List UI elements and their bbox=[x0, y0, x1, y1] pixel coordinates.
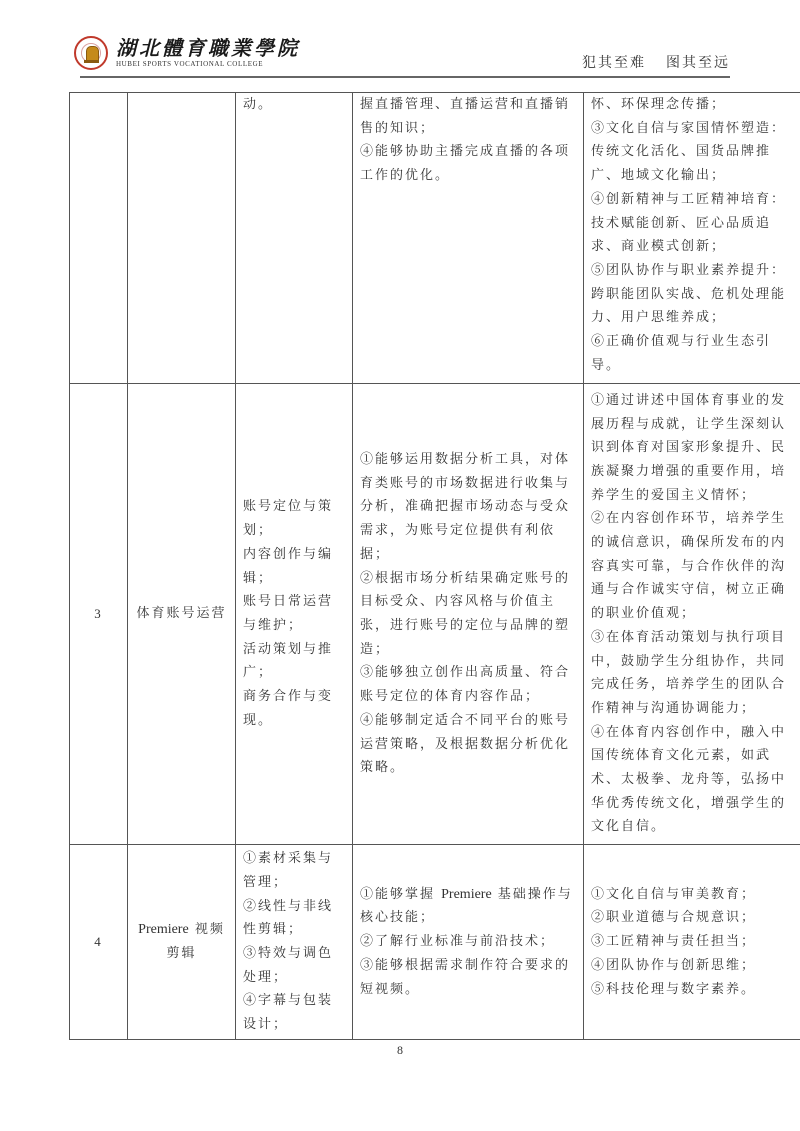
college-motto: 犯其至难图其至远 bbox=[582, 52, 730, 72]
cell-ideology-line: ⑥正确价值观与行业生态引导。 bbox=[591, 330, 797, 377]
cell-ideology-line: ⑤科技伦理与数字素养。 bbox=[591, 978, 797, 1002]
header-divider bbox=[80, 76, 730, 78]
motto-left: 犯其至难 bbox=[582, 55, 646, 71]
cell-ideology-line: ①文化自信与审美教育； bbox=[591, 883, 797, 907]
cell-content-line: ①素材采集与管理； bbox=[243, 847, 345, 894]
cell-skills-line: ②根据市场分析结果确定账号的目标受众、内容风格与价值主张，进行账号的定位与品牌的… bbox=[360, 567, 576, 662]
cell-ideology-line: ④在体育内容创作中，融入中国传统体育文化元素，如武术、太极拳、龙舟等，弘扬中华优… bbox=[591, 721, 797, 840]
cell-content-line: ④字幕与包装设计； bbox=[243, 989, 345, 1036]
cell-skills-line: ③能够独立创作出高质量、符合账号定位的体育内容作品； bbox=[360, 661, 576, 708]
cell-content-line: 活动策划与推广； bbox=[243, 638, 345, 685]
cell-ideology: ①文化自信与审美教育；②职业道德与合规意识；③工匠精神与责任担当；④团队协作与创… bbox=[584, 845, 800, 1040]
cell-ideology-line: ②职业道德与合规意识； bbox=[591, 906, 797, 930]
cell-index: 4 bbox=[70, 845, 128, 1040]
cell-ideology-line: ③工匠精神与责任担当； bbox=[591, 930, 797, 954]
cell-skills: ①能够掌握 Premiere 基础操作与核心技能；②了解行业标准与前沿技术；③能… bbox=[353, 845, 584, 1040]
cell-ideology-line: 怀、环保理念传播； bbox=[591, 93, 797, 117]
table-row: 4Premiere 视频剪辑①素材采集与管理；②线性与非线性剪辑；③特效与调色处… bbox=[70, 845, 800, 1040]
cell-content-line: 内容创作与编辑； bbox=[243, 543, 345, 590]
cell-content-line: 商务合作与变现。 bbox=[243, 685, 345, 732]
cell-skills-line: ③能够根据需求制作符合要求的短视频。 bbox=[360, 954, 576, 1001]
cell-skills-line: ②了解行业标准与前沿技术； bbox=[360, 930, 576, 954]
cell-course-name: Premiere 视频剪辑 bbox=[128, 845, 236, 1040]
cell-ideology-line: ②在内容创作环节，培养学生的诚信意识，确保所发布的内容真实可靠，与合作伙伴的沟通… bbox=[591, 507, 797, 626]
cell-content-line: 账号日常运营与维护； bbox=[243, 590, 345, 637]
cell-skills-line: ④能够协助主播完成直播的各项工作的优化。 bbox=[360, 140, 576, 187]
college-name-cn: 湖北體育職業學院 bbox=[116, 37, 300, 59]
cell-content: ①素材采集与管理；②线性与非线性剪辑；③特效与调色处理；④字幕与包装设计； bbox=[236, 845, 353, 1040]
college-name-en: HUBEI SPORTS VOCATIONAL COLLEGE bbox=[116, 59, 300, 69]
cell-content: 动。 bbox=[236, 93, 353, 384]
cell-skills: 握直播管理、直播运营和直播销售的知识；④能够协助主播完成直播的各项工作的优化。 bbox=[353, 93, 584, 384]
curriculum-table: 动。握直播管理、直播运营和直播销售的知识；④能够协助主播完成直播的各项工作的优化… bbox=[69, 92, 800, 1040]
cell-ideology-line: ①通过讲述中国体育事业的发展历程与成就，让学生深刻认识到体育对国家形象提升、民族… bbox=[591, 389, 797, 508]
cell-content-line: ②线性与非线性剪辑； bbox=[243, 895, 345, 942]
cell-ideology-line: ④创新精神与工匠精神培育：技术赋能创新、匠心品质追求、商业模式创新； bbox=[591, 188, 797, 259]
cell-course-name bbox=[128, 93, 236, 384]
table-row: 动。握直播管理、直播运营和直播销售的知识；④能够协助主播完成直播的各项工作的优化… bbox=[70, 93, 800, 384]
cell-ideology: 怀、环保理念传播；③文化自信与家国情怀塑造：传统文化活化、国货品牌推广、地域文化… bbox=[584, 93, 800, 384]
cell-content-line: 账号定位与策划； bbox=[243, 495, 345, 542]
cell-ideology: ①通过讲述中国体育事业的发展历程与成就，让学生深刻认识到体育对国家形象提升、民族… bbox=[584, 384, 800, 845]
cell-ideology-line: ④团队协作与创新思维； bbox=[591, 954, 797, 978]
cell-skills-line: ④能够制定适合不同平台的账号运营策略，及根据数据分析优化策略。 bbox=[360, 709, 576, 780]
cell-skills-line: 握直播管理、直播运营和直播销售的知识； bbox=[360, 93, 576, 140]
cell-ideology-line: ③在体育活动策划与执行项目中，鼓励学生分组协作，共同完成任务，培养学生的团队合作… bbox=[591, 626, 797, 721]
page-number: 8 bbox=[0, 1043, 800, 1058]
cell-skills: ①能够运用数据分析工具，对体育类账号的市场数据进行收集与分析，准确把握市场动态与… bbox=[353, 384, 584, 845]
page-header: 湖北體育職業學院 HUBEI SPORTS VOCATIONAL COLLEGE… bbox=[68, 30, 730, 78]
cell-content-line: ③特效与调色处理； bbox=[243, 942, 345, 989]
table-row: 3体育账号运营账号定位与策划；内容创作与编辑；账号日常运营与维护；活动策划与推广… bbox=[70, 384, 800, 845]
cell-ideology-line: ③文化自信与家国情怀塑造：传统文化活化、国货品牌推广、地域文化输出； bbox=[591, 117, 797, 188]
cell-skills-line: ①能够运用数据分析工具，对体育类账号的市场数据进行收集与分析，准确把握市场动态与… bbox=[360, 448, 576, 567]
motto-right: 图其至远 bbox=[666, 55, 730, 71]
cell-content: 账号定位与策划；内容创作与编辑；账号日常运营与维护；活动策划与推广；商务合作与变… bbox=[236, 384, 353, 845]
cell-index: 3 bbox=[70, 384, 128, 845]
cell-course-name: 体育账号运营 bbox=[128, 384, 236, 845]
cell-index bbox=[70, 93, 128, 384]
cell-skills-line: ①能够掌握 Premiere 基础操作与核心技能； bbox=[360, 883, 576, 930]
college-logo: 湖北體育職業學院 HUBEI SPORTS VOCATIONAL COLLEGE bbox=[74, 36, 300, 70]
cell-content-line: 动。 bbox=[243, 93, 345, 117]
college-seal-icon bbox=[74, 36, 108, 70]
cell-ideology-line: ⑤团队协作与职业素养提升：跨职能团队实战、危机处理能力、用户思维养成； bbox=[591, 259, 797, 330]
